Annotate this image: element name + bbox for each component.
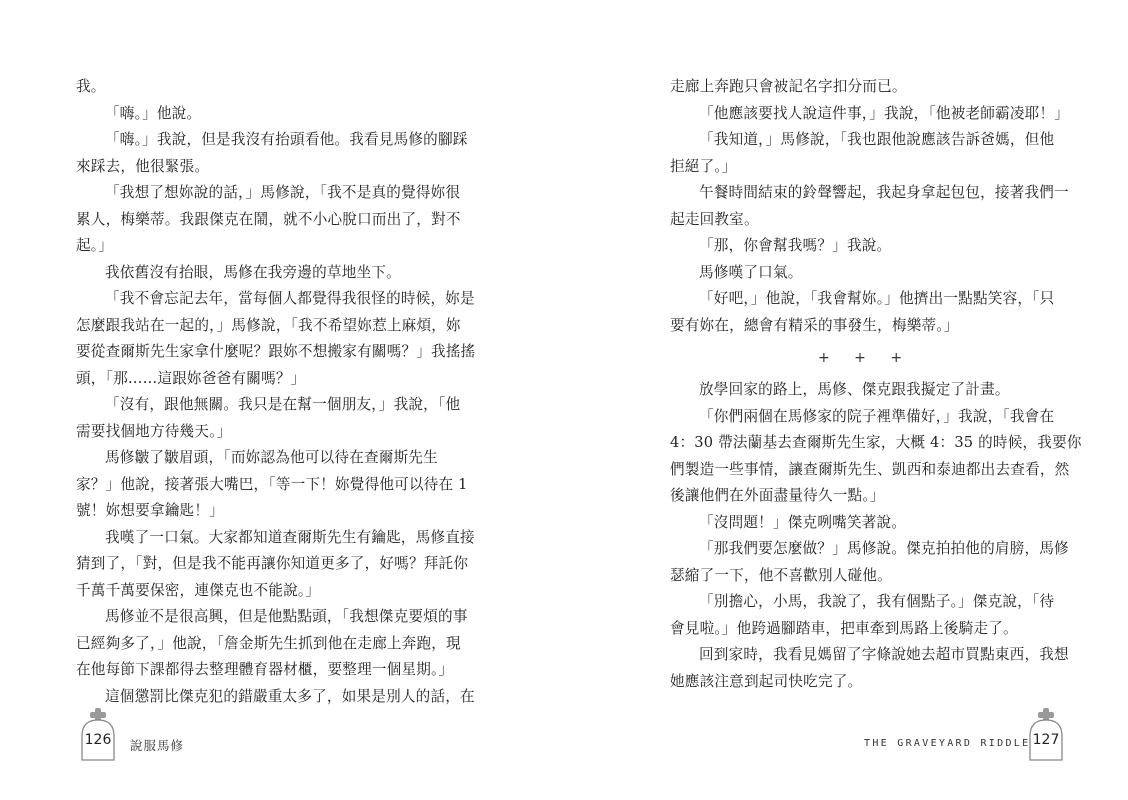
text-line: 拒絕了。」 [670, 154, 1060, 181]
text-line: 她應該注意到起司快吃完了。 [670, 669, 1060, 696]
text-line: 已經夠多了，」他說，「詹金斯先生抓到他在走廊上奔跑，現 [76, 631, 464, 658]
text-line: 「沒有，跟他無關。我只是在幫一個朋友，」我說，「他 [76, 392, 464, 419]
text-line: 這個懲罰比傑克犯的錯嚴重太多了，如果是別人的話，在 [76, 684, 464, 711]
text-line: 瑟縮了一下，他不喜歡別人碰他。 [670, 563, 1060, 590]
text-line: 累人，梅樂蒂。我跟傑克在鬧，就不小心脫口而出了，對不 [76, 207, 464, 234]
text-line: 起走回教室。 [670, 207, 1060, 234]
text-line: 回到家時，我看見媽留了字條說她去超市買點東西，我想 [670, 642, 1060, 669]
text-line: 馬修並不是很高興，但是他點點頭，「我想傑克要煩的事 [76, 604, 464, 631]
right-page-body-after-break: 放學回家的路上，馬修、傑克跟我擬定了計畫。「你們兩個在馬修家的院子裡準備好，」我… [670, 377, 1060, 695]
text-line: 千萬千萬要保密，連傑克也不能說。」 [76, 578, 464, 605]
text-line: 怎麼跟我站在一起的，」馬修說，「我不希望妳惹上麻煩，妳 [76, 313, 464, 340]
text-line: 「好吧，」他說，「我會幫妳。」他擠出一點點笑容，「只 [670, 286, 1060, 313]
text-line: 走廊上奔跑只會被記名字扣分而已。 [670, 74, 1060, 101]
text-line: 頭，「那……這跟妳爸爸有關嗎？」 [76, 366, 464, 393]
text-line: 「嗨。」我說，但是我沒有抬頭看他。我看見馬修的腳踩 [76, 127, 464, 154]
left-page-body: 我。「嗨。」他說。「嗨。」我說，但是我沒有抬頭看他。我看見馬修的腳踩來踩去，他很… [76, 74, 464, 710]
right-page: 走廊上奔跑只會被記名字扣分而已。「他應該要找人說這件事，」我說，「他被老師霸凌耶… [564, 0, 1128, 800]
text-line: 午餐時間結束的鈴聲響起，我起身拿起包包，接著我們一 [670, 180, 1060, 207]
text-line: 號！妳想要拿鑰匙！」 [76, 498, 464, 525]
text-line: 「我不會忘記去年，當每個人都覺得我很怪的時候，妳是 [76, 286, 464, 313]
text-line: 放學回家的路上，馬修、傑克跟我擬定了計畫。 [670, 377, 1060, 404]
text-line: 我依舊沒有抬眼，馬修在我旁邊的草地坐下。 [76, 260, 464, 287]
text-line: 後讓他們在外面盡量待久一點。」 [670, 483, 1060, 510]
text-line: 來踩去，他很緊張。 [76, 154, 464, 181]
running-head: THE GRAVEYARD RIDDLE [864, 738, 1030, 749]
text-line: 馬修嘆了口氣。 [670, 260, 1060, 287]
text-line: 起。」 [76, 233, 464, 260]
text-line: 「我想了想妳說的話，」馬修說，「我不是真的覺得妳很 [76, 180, 464, 207]
text-line: 猜到了，「對，但是我不能再讓你知道更多了，好嗎？拜託你 [76, 551, 464, 578]
text-line: 馬修皺了皺眉頭，「而妳認為他可以待在查爾斯先生 [76, 445, 464, 472]
text-line: 「他應該要找人說這件事，」我說，「他被老師霸凌耶！」 [670, 101, 1060, 128]
page-number: 126 [78, 732, 118, 748]
text-line: 家？」他說，接著張大嘴巴，「等一下！妳覺得他可以待在 1 [76, 472, 464, 499]
text-line: 「那，你會幫我嗎？」我說。 [670, 233, 1060, 260]
section-break: + + + [670, 339, 1060, 377]
text-line: 我嘆了一口氣。大家都知道查爾斯先生有鑰匙，馬修直接 [76, 525, 464, 552]
text-line: 「沒問題！」傑克咧嘴笑著說。 [670, 510, 1060, 537]
text-line: 我。 [76, 74, 464, 101]
text-line: 「你們兩個在馬修家的院子裡準備好，」我說，「我會在 [670, 404, 1060, 431]
text-line: 需要找個地方待幾天。」 [76, 419, 464, 446]
book-spread: 我。「嗨。」他說。「嗨。」我說，但是我沒有抬頭看他。我看見馬修的腳踩來踩去，他很… [0, 0, 1128, 800]
text-line: 要有妳在，總會有精采的事發生，梅樂蒂。」 [670, 313, 1060, 340]
text-line: 要從查爾斯先生家拿什麼呢？跟妳不想搬家有關嗎？」我搖搖 [76, 339, 464, 366]
text-line: 「我知道，」馬修說，「我也跟他說應該告訴爸媽，但他 [670, 127, 1060, 154]
page-number: 127 [1026, 732, 1066, 748]
text-line: 在他每節下課都得去整理體育器材櫃，要整理一個星期。」 [76, 657, 464, 684]
tombstone-icon: 127 [1026, 706, 1066, 762]
text-line: 「嗨。」他說。 [76, 101, 464, 128]
right-page-body-before-break: 走廊上奔跑只會被記名字扣分而已。「他應該要找人說這件事，」我說，「他被老師霸凌耶… [670, 74, 1060, 339]
text-line: 4：30 帶法蘭基去查爾斯先生家，大概 4：35 的時候，我要你 [670, 430, 1060, 457]
left-page: 我。「嗨。」他說。「嗨。」我說，但是我沒有抬頭看他。我看見馬修的腳踩來踩去，他很… [0, 0, 564, 800]
text-line: 「別擔心，小馬，我說了，我有個點子。」傑克說，「待 [670, 589, 1060, 616]
text-line: 會見啦。」他跨過腳踏車，把車牽到馬路上後騎走了。 [670, 616, 1060, 643]
text-line: 們製造一些事情，讓查爾斯先生、凱西和泰迪都出去查看，然 [670, 457, 1060, 484]
text-line: 「那我們要怎麼做？」馬修說。傑克拍拍他的肩膀，馬修 [670, 536, 1060, 563]
right-page-body: 走廊上奔跑只會被記名字扣分而已。「他應該要找人說這件事，」我說，「他被老師霸凌耶… [670, 74, 1060, 695]
running-head: 說服馬修 [130, 736, 184, 754]
tombstone-icon: 126 [78, 706, 118, 762]
